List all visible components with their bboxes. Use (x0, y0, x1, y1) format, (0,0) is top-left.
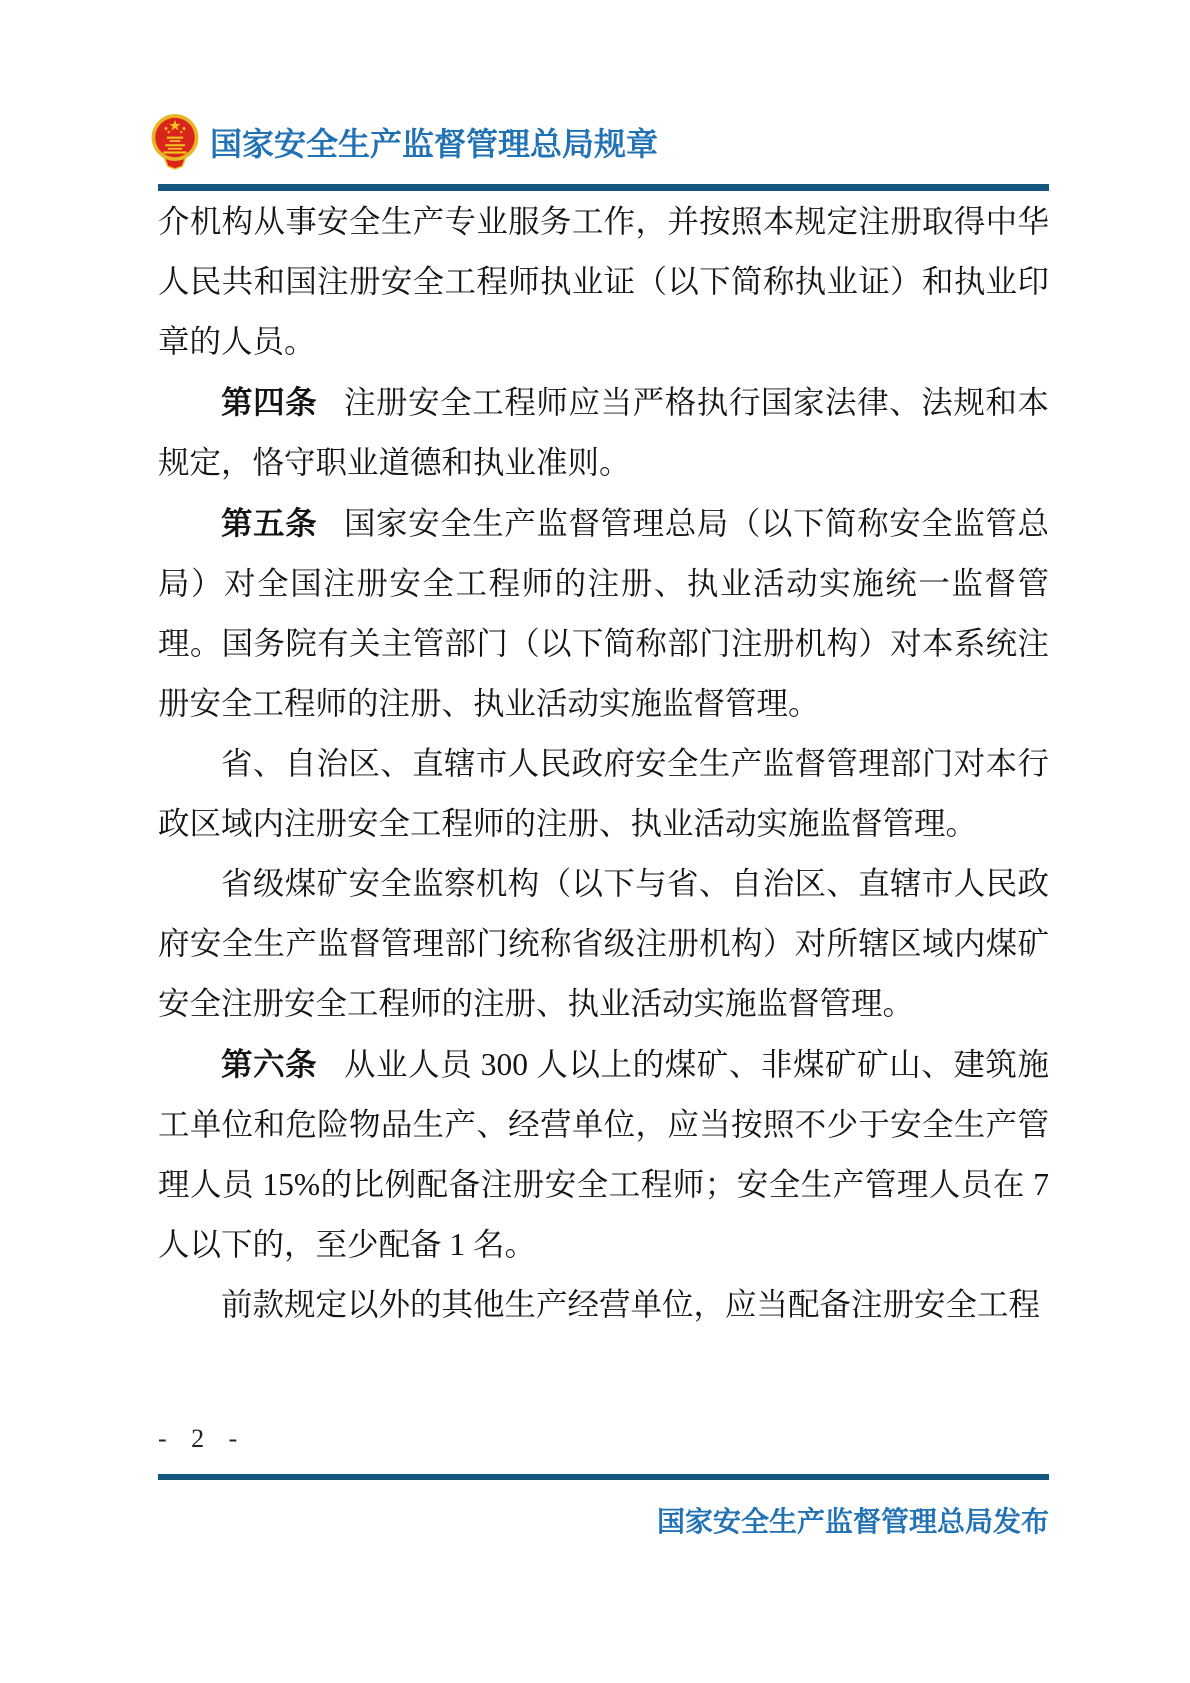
document-page: 国家安全生产监督管理总局规章 介机构从事安全生产专业服务工作，并按照本规定注册取… (0, 0, 1190, 1683)
document-header: 国家安全生产监督管理总局规章 (148, 110, 658, 174)
footer-publisher: 国家安全生产监督管理总局发布 (657, 1500, 1049, 1540)
header-divider (158, 184, 1049, 191)
header-title: 国家安全生产监督管理总局规章 (210, 119, 658, 165)
article-number: 第五条 (221, 505, 317, 541)
article-number: 第四条 (221, 384, 317, 420)
body-paragraph: 省级煤矿安全监察机构（以下与省、自治区、直辖市人民政府安全生产监督管理部门统称省… (158, 854, 1049, 1034)
national-emblem-icon (148, 112, 202, 172)
body-paragraph: 介机构从事安全生产专业服务工作，并按照本规定注册取得中华人民共和国注册安全工程师… (158, 192, 1049, 372)
body-paragraph: 第五条国家安全生产监督管理总局（以下简称安全监管总局）对全国注册安全工程师的注册… (158, 493, 1049, 734)
body-paragraph: 省、自治区、直辖市人民政府安全生产监督管理部门对本行政区域内注册安全工程师的注册… (158, 734, 1049, 854)
body-paragraph: 第六条从业人员 300 人以上的煤矿、非煤矿矿山、建筑施工单位和危险物品生产、经… (158, 1034, 1049, 1275)
footer-divider (158, 1474, 1049, 1480)
article-number: 第六条 (221, 1046, 317, 1082)
document-body: 介机构从事安全生产专业服务工作，并按照本规定注册取得中华人民共和国注册安全工程师… (158, 192, 1049, 1335)
body-paragraph: 第四条注册安全工程师应当严格执行国家法律、法规和本规定，恪守职业道德和执业准则。 (158, 372, 1049, 493)
page-number: - 2 - (158, 1424, 246, 1454)
body-paragraph: 前款规定以外的其他生产经营单位，应当配备注册安全工程 (158, 1275, 1049, 1335)
